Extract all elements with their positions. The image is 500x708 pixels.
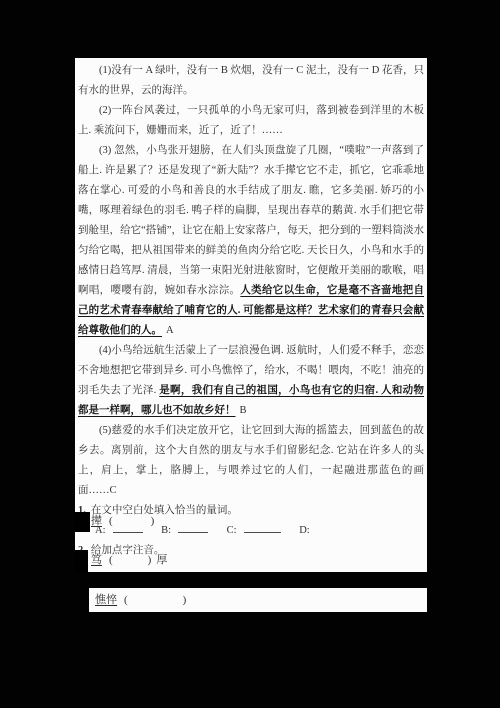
option-b: B: bbox=[161, 525, 208, 536]
pinyin-item-du: 笃()厚 bbox=[91, 551, 167, 569]
marker-letter-b: B bbox=[240, 405, 247, 416]
paragraph-text: (1)没有一 A 绿叶，没有一 B 炊烟，没有一 C 泥土，没有一 D 花香，只… bbox=[78, 65, 424, 96]
answer-blank-b bbox=[178, 523, 208, 533]
redaction-block-1 bbox=[75, 512, 90, 532]
paren-open: ( bbox=[109, 554, 113, 566]
marked-character: 憔悴 bbox=[95, 594, 117, 606]
marked-character: 笃 bbox=[91, 554, 102, 566]
passage-content: (1)没有一 A 绿叶，没有一 B 炊烟，没有一 C 泥土，没有一 D 花香，只… bbox=[78, 61, 424, 561]
passage-paragraph-5: (5)慈爱的水手们决定放开它，让它回到大海的摇篮去，回到蓝色的故乡去。离别前，这… bbox=[78, 421, 424, 501]
paren-open: ( bbox=[109, 515, 113, 527]
answer-blank-c bbox=[244, 523, 281, 533]
option-b-label: B: bbox=[161, 525, 171, 536]
marked-character: 撵 bbox=[91, 515, 102, 527]
paren-open: ( bbox=[124, 594, 128, 606]
marker-letter-a: A bbox=[166, 325, 174, 336]
pinyin-item-nian: 撵() bbox=[91, 512, 154, 530]
redaction-block-2 bbox=[75, 550, 88, 573]
paren-close: ) bbox=[151, 515, 155, 527]
paren-close: ) bbox=[148, 554, 152, 566]
option-d-label: D: bbox=[299, 525, 310, 536]
scanned-worksheet-background: (1)没有一 A 绿叶，没有一 B 炊烟，没有一 C 泥土，没有一 D 花香，只… bbox=[0, 0, 500, 708]
document-page: (1)没有一 A 绿叶，没有一 B 炊烟，没有一 C 泥土，没有一 D 花香，只… bbox=[75, 58, 427, 572]
passage-paragraph-2: (2)一阵台风袭过，一只孤单的小鸟无家可归，落到被卷到洋里的木板上. 乘流问下，… bbox=[78, 101, 424, 141]
passage-paragraph-4: (4)小鸟给远航生活蒙上了一层浪漫色调. 返航时，人们爱不释手，恋恋不舍地想把它… bbox=[78, 341, 424, 421]
word-suffix: 厚 bbox=[156, 554, 167, 566]
paragraph-text: (5)慈爱的水手们决定放开它，让它回到大海的摇篮去，回到蓝色的故乡去。离别前，这… bbox=[78, 425, 424, 496]
paragraph-text: (2)一阵台风袭过，一只孤单的小鸟无家可归，落到被卷到洋里的木板上. 乘流问下，… bbox=[78, 105, 424, 136]
passage-paragraph-3: (3) 忽然，小鸟张开翅膀，在人们头顶盘旋了几圈，“噗啦”一声落到了船上. 许是… bbox=[78, 141, 424, 341]
bottom-text-strip: 憔悴() bbox=[89, 588, 427, 612]
passage-paragraph-1: (1)没有一 A 绿叶，没有一 B 炊烟，没有一 C 泥土，没有一 D 花香，只… bbox=[78, 61, 424, 101]
pinyin-item-qiaocui: 憔悴() bbox=[89, 588, 427, 612]
option-c-label: C: bbox=[227, 525, 237, 536]
option-d: D: bbox=[299, 525, 317, 536]
option-c: C: bbox=[227, 525, 281, 536]
paragraph-text: (3) 忽然，小鸟张开翅膀，在人们头顶盘旋了几圈，“噗啦”一声落到了船上. 许是… bbox=[78, 145, 424, 296]
paren-close: ) bbox=[183, 594, 187, 606]
